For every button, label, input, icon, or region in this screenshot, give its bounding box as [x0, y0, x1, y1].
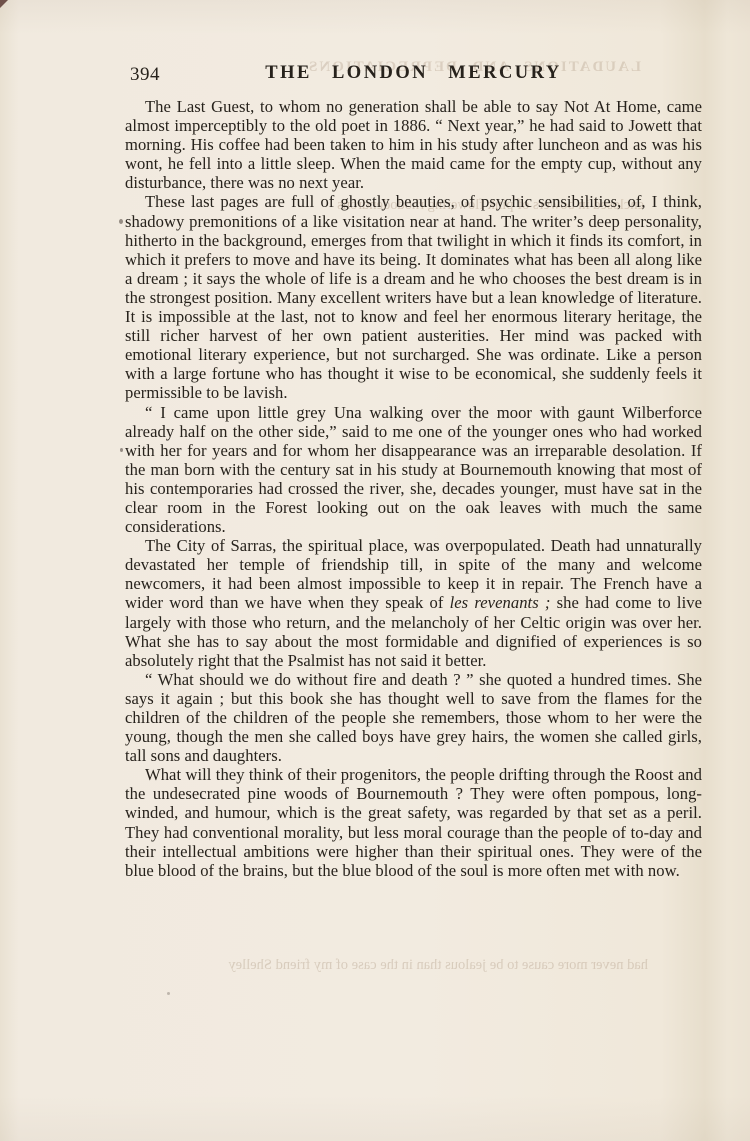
text-run: These last pages are full of ghostly bea… [125, 192, 702, 402]
scan-speck [167, 992, 170, 995]
text-run: “ What should we do without fire and dea… [125, 670, 702, 765]
scan-speck [119, 219, 123, 224]
body-text: The Last Guest, to whom no generation sh… [125, 97, 702, 880]
italic-phrase: les revenants ; [450, 593, 551, 612]
scan-speck [120, 448, 123, 452]
paragraph: These last pages are full of ghostly bea… [125, 192, 702, 402]
paragraph: “ I came upon little grey Una walking ov… [125, 403, 702, 537]
running-header: 394 THE LONDON MERCURY [125, 60, 702, 88]
paragraph: “ What should we do without fire and dea… [125, 670, 702, 765]
paragraph: What will they think of their progenitor… [125, 765, 702, 880]
journal-title: THE LONDON MERCURY [125, 63, 702, 84]
bleedthrough-line: had never more cause to be jealous than … [133, 957, 648, 974]
paragraph: The Last Guest, to whom no generation sh… [125, 97, 702, 192]
scanned-book-page: LAUDATIONS AND DEPRECIATIONS 394 THE LON… [0, 0, 750, 1141]
text-run: The Last Guest, to whom no generation sh… [125, 97, 702, 192]
paragraph: The City of Sarras, the spiritual place,… [125, 536, 702, 670]
text-run: What will they think of their progenitor… [125, 765, 702, 879]
text-run: “ I came upon little grey Una walking ov… [125, 403, 702, 537]
scan-corner-artifact [0, 0, 8, 8]
